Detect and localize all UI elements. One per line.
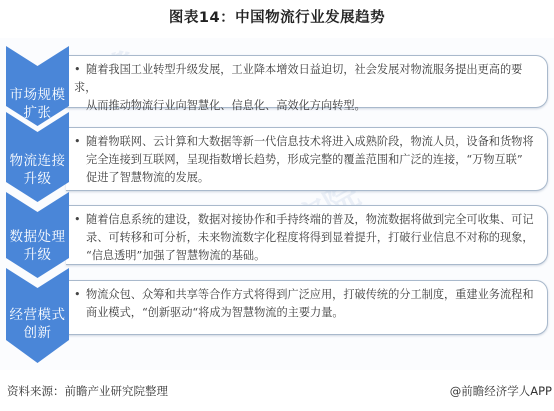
trend-label-4: 经营模式 创新 — [6, 306, 69, 342]
chart-title: 图表14：中国物流行业发展趋势 — [0, 6, 554, 27]
bullet-icon: • — [74, 211, 86, 229]
trend-box-3: •随着信息系统的建设，数据对接协作和手持终端的普及，物流数据将做到完全可收集、可… — [66, 205, 548, 265]
credit-note: @前瞻经济学人APP — [450, 383, 552, 399]
trend-text-2: •随着物联网、云计算和大数据等新一代信息技术将进入成熟阶段，物流人员，设备和货物… — [74, 133, 535, 187]
trend-chevron-2: 物流连接 升级 — [6, 112, 69, 200]
source-note: 资料来源：前瞻产业研究院整理 — [7, 383, 168, 399]
trend-box-4: •物流众包、众筹和共享等合作方式将得到广泛应用，打破传统的分工制度，重建业务流程… — [66, 280, 548, 335]
trend-box-1: •随着我国工业转型升级发展，工业降本增效日益迫切，社会发展对物流服务提出更高的要… — [66, 55, 548, 108]
trend-text-1: •随着我国工业转型升级发展，工业降本增效日益迫切，社会发展对物流服务提出更高的要… — [74, 61, 535, 115]
trend-label-3: 数据处理 升级 — [6, 228, 69, 264]
bullet-icon: • — [74, 133, 86, 151]
bullet-icon: • — [74, 286, 86, 304]
trend-chevron-4: 经营模式 创新 — [6, 268, 69, 363]
trend-chevron-3: 数据处理 升级 — [6, 192, 69, 278]
trend-label-2: 物流连接 升级 — [6, 152, 69, 188]
trend-text-4: •物流众包、众筹和共享等合作方式将得到广泛应用，打破传统的分工制度，重建业务流程… — [74, 286, 535, 322]
bullet-icon: • — [74, 61, 86, 79]
trend-text-3: •随着信息系统的建设，数据对接协作和手持终端的普及，物流数据将做到完全可收集、可… — [74, 211, 535, 265]
trend-box-2: •随着物联网、云计算和大数据等新一代信息技术将进入成熟阶段，物流人员，设备和货物… — [66, 127, 548, 191]
